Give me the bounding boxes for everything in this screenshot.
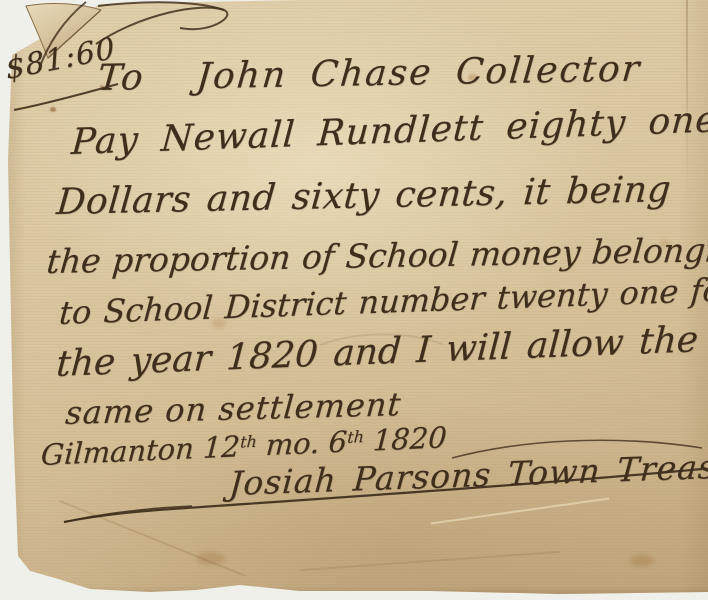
- spacer: [144, 88, 196, 89]
- dateline-ordinal: th: [240, 432, 258, 452]
- salutation-to: To: [96, 57, 146, 99]
- dateline-ordinal: th: [347, 427, 365, 447]
- document-scan: $81:60 ToJohn Chase Collector Pay Newall…: [0, 0, 708, 600]
- dateline-month: mo. 6: [256, 425, 349, 463]
- salutation-name: John Chase Collector: [195, 48, 643, 97]
- dateline-year: 1820: [363, 420, 448, 458]
